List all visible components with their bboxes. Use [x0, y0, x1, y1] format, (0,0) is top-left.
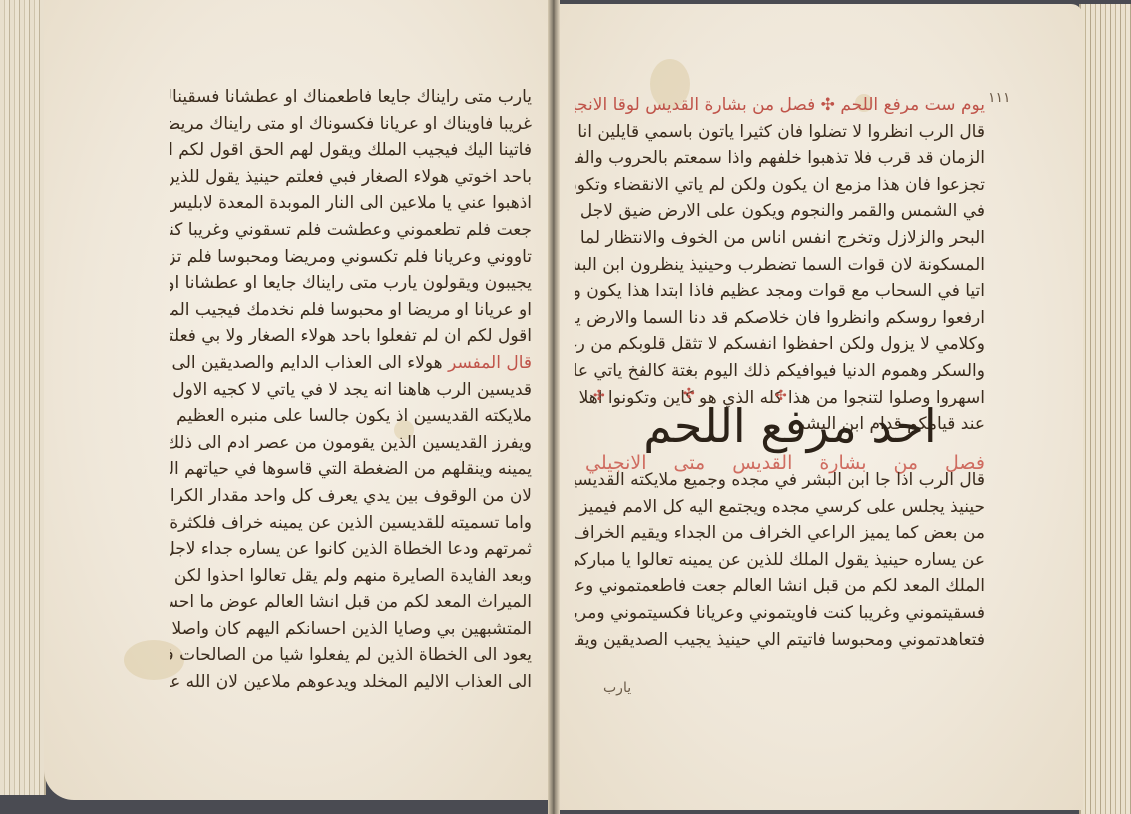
text-line: في الشمس والقمر والنجوم ويكون على الارض … [575, 198, 985, 225]
text-line: باحد اخوتي هولاء الصغار فبي فعلتم حينيذ … [170, 164, 532, 191]
rubric-ornament-icon: ✣ [593, 388, 605, 404]
text-line: اتيا في السحاب مع قوات ومجد عظيم فاذا اب… [575, 278, 985, 305]
text-line: اقول لكم ان لم تفعلوا باحد هولاء الصغار … [170, 323, 532, 350]
left-page-text: يارب متى رايناك جايعا فاطعمناك او عطشانا… [170, 84, 532, 696]
text-line: ويفرز القديسين الذين يقومون من عصر ادم ا… [170, 430, 532, 457]
text-line: فسقيتموني وغريبا كنت فاويتموني وعريانا ف… [575, 600, 985, 627]
section-heading: احد مرفع اللحم [620, 400, 960, 452]
text-line: وكلامي لا يزول ولكن احفظوا انفسكم لا تثق… [575, 331, 985, 358]
text-line: قال الرب اذا جا ابن البشر في مجده وجميع … [575, 467, 985, 494]
text-line: واما تسميته للقديسين الذين عن يمينه خراف… [170, 510, 532, 537]
text-line: تاووني وعريانا فلم تكسوني ومريضا ومحبوسا… [170, 244, 532, 271]
folio-number: ١١١ [988, 90, 1011, 106]
text-line: اذهبوا عني يا ملاعين الى النار الموبدة ا… [170, 190, 532, 217]
text-line: يجيبون ويقولون يارب متى رايناك جايعا او … [170, 270, 532, 297]
text-line: فتعاهدتموني ومحبوسا فاتيتم الي حينيذ يجي… [575, 627, 985, 654]
text-line: او عريانا او مريضا او محبوسا فلم نخدمك ف… [170, 297, 532, 324]
text-line: المتشبهين بي وصايا الذين احسانكم اليهم ك… [170, 616, 532, 643]
text-line: حينيذ يجلس على كرسي مجده ويجتمع اليه كل … [575, 494, 985, 521]
right-page-edges [1079, 4, 1131, 814]
text-line: تجزعوا فان هذا مزمع ان يكون ولكن لم ياتي… [575, 172, 985, 199]
catchword: يارب [603, 680, 631, 696]
text-line: الملك المعد لكم من قبل انشا العالم جعت ف… [575, 573, 985, 600]
text-line: فاتينا اليك فيجيب الملك ويقول لهم الحق ا… [170, 137, 532, 164]
text-line: يعود الى الخطاة الذين لم يفعلوا شيا من ا… [170, 642, 532, 669]
text-line: الميراث المعد لكم من قبل انشا العالم عوض… [170, 589, 532, 616]
margin-rubric: قال المفسر [448, 353, 532, 373]
text-line: المسكونة لان قوات السما تضطرب وحينيذ ينظ… [575, 252, 985, 279]
text-line: غريبا فاويناك او عريانا فكسوناك او متى ر… [170, 111, 532, 138]
text-line: قال الرب انظروا لا تضلوا فان كثيرا ياتون… [575, 119, 985, 146]
text-line: عن يساره حينيذ يقول الملك للذين عن يمينه… [575, 547, 985, 574]
text-line: وبعد الفايدة الصايرة منهم ولم يقل تعالوا… [170, 563, 532, 590]
right-page-text: يوم ست مرفع اللحم ✣ فصل من بشارة القديس … [575, 92, 985, 438]
text-line: ملايكته القديسين اذ يكون جالسا على منبره… [170, 403, 532, 430]
gutter-binding [548, 0, 560, 814]
text-line: لان من الوقوف بين يدي يعرف كل واحد مقدار… [170, 483, 532, 510]
header-rubric: يوم ست مرفع اللحم ✣ فصل من بشارة القديس … [575, 92, 985, 119]
text-line: جعت فلم تطعموني وعطشت فلم تسقوني وغريبا … [170, 217, 532, 244]
text-line: من بعض كما يميز الراعي الخراف من الجداء … [575, 520, 985, 547]
text-line: ارفعوا روسكم وانظروا فان خلاصكم قد دنا ا… [575, 305, 985, 332]
text-line: الى العذاب الاليم المخلد ويدعوهم ملاعين … [170, 669, 532, 696]
text-line: الزمان قد قرب فلا تذهبوا خلفهم واذا سمعت… [575, 145, 985, 172]
text-line: يمينه وينقلهم من الضغطة التي قاسوها في ح… [170, 456, 532, 483]
text-line: البحر والزلازل وتخرج انفس اناس من الخوف … [575, 225, 985, 252]
open-manuscript: يارب متى رايناك جايعا فاطعمناك او عطشانا… [0, 0, 1131, 814]
text-line: يارب متى رايناك جايعا فاطعمناك او عطشانا… [170, 84, 532, 111]
left-page-edges [0, 0, 46, 795]
text-line-with-rubric: قال المفسر هولاء الى العذاب الدايم والصد… [170, 350, 532, 377]
text-line: والسكر وهموم الدنيا فيوافيكم ذلك اليوم ب… [575, 358, 985, 385]
right-page-text-2: قال الرب اذا جا ابن البشر في مجده وجميع … [575, 467, 985, 653]
text-line: قديسين الرب هاهنا انه يجد لا في ياتي لا … [170, 377, 532, 404]
text-line: ثمرتهم ودعا الخطاة الذين كانوا عن يساره … [170, 536, 532, 563]
